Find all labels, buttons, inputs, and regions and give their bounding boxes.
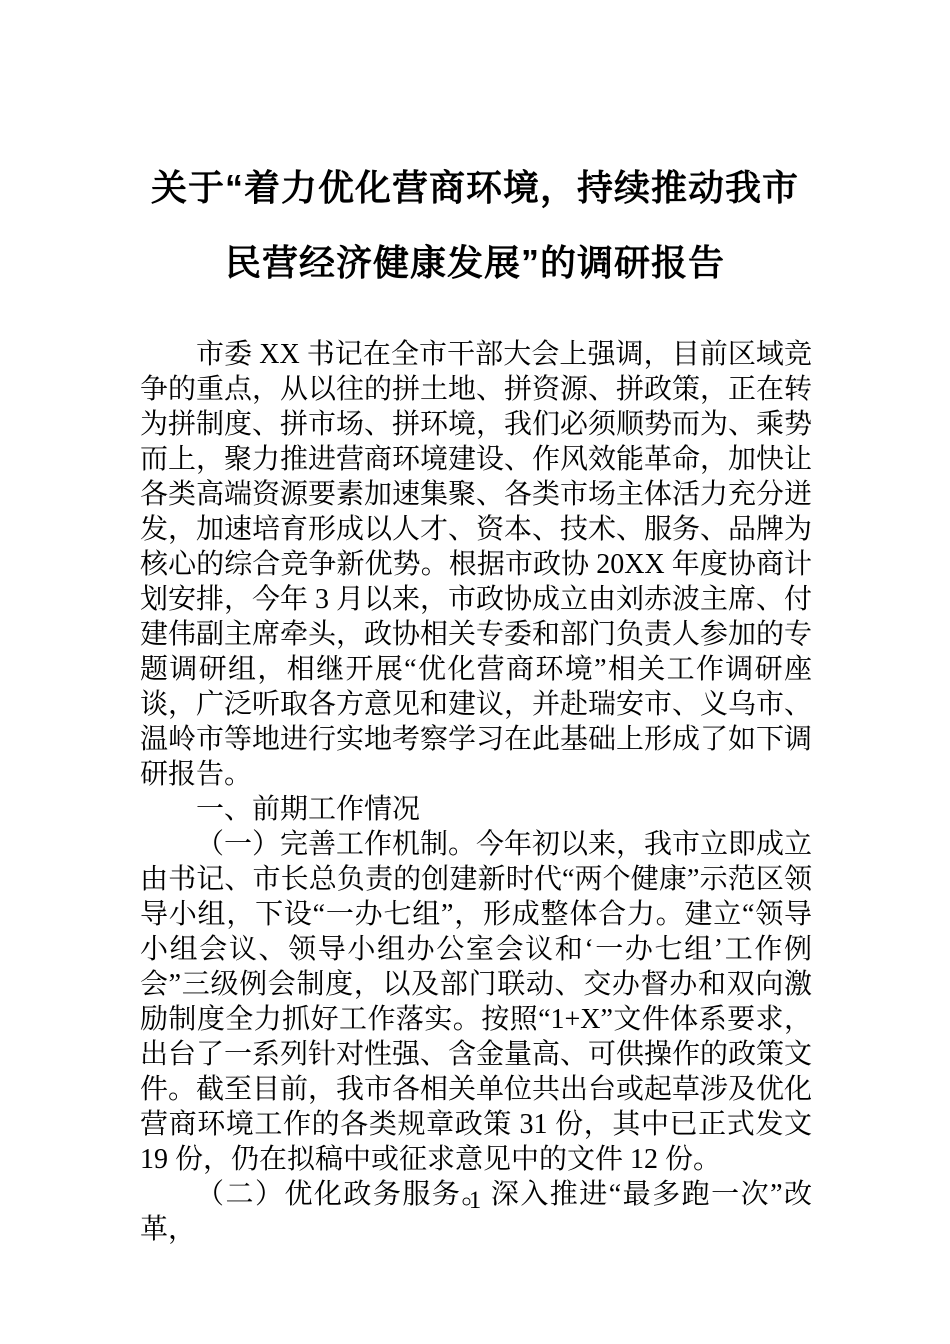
section-heading-previous-work: 一、前期工作情况: [140, 792, 812, 827]
document-page: 关于“着力优化营商环境，持续推动我市 民营经济健康发展”的调研报告 市委 XX …: [0, 0, 950, 1344]
page-footer: 1: [0, 1186, 950, 1216]
paragraph-intro: 市委 XX 书记在全市干部大会上强调，目前区域竞争的重点，从以往的拼土地、拼资源…: [140, 337, 812, 792]
paragraph-item-one: （一）完善工作机制。今年初以来，我市立即成立由书记、市长总负责的创建新时代“两个…: [140, 827, 812, 1177]
document-body: 市委 XX 书记在全市干部大会上强调，目前区域竞争的重点，从以往的拼土地、拼资源…: [140, 337, 812, 1247]
document-title: 关于“着力优化营商环境，持续推动我市 民营经济健康发展”的调研报告: [60, 150, 890, 300]
document-title-line-1: 关于“着力优化营商环境，持续推动我市: [60, 150, 890, 225]
page-number: 1: [469, 1187, 482, 1214]
document-title-line-2: 民营经济健康发展”的调研报告: [60, 225, 890, 300]
